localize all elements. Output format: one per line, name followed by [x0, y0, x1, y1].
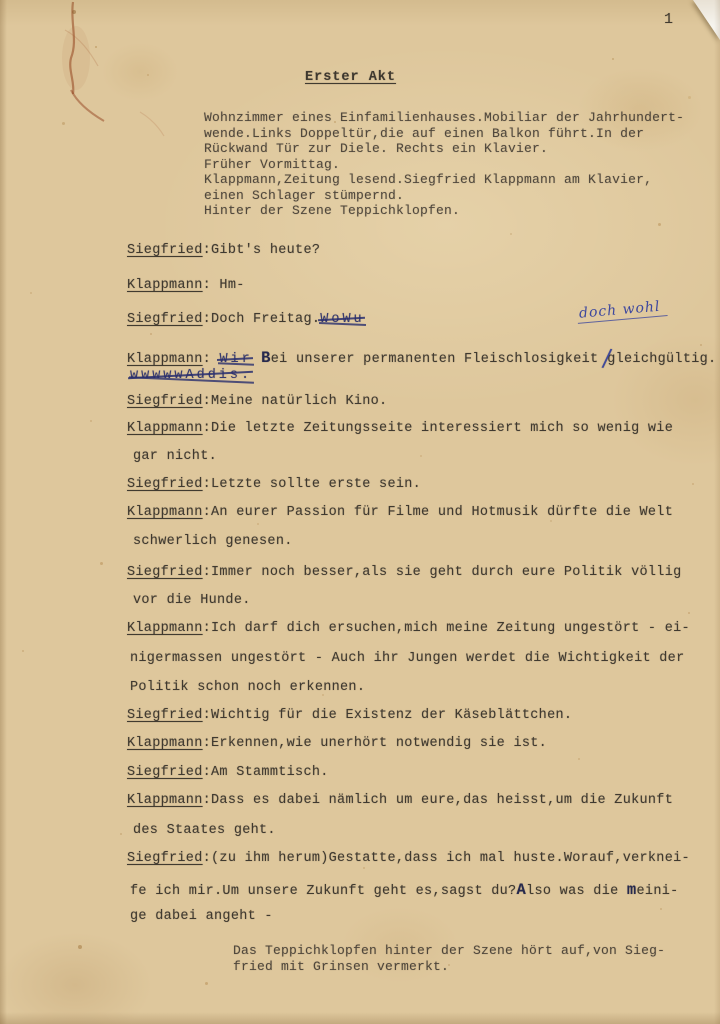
dialogue-text: :Die letzte Zeitungsseite interessiert m… [203, 421, 673, 436]
foxing-spot [612, 58, 614, 60]
dialogue-line: schwerlich genesen. [133, 534, 293, 549]
ink-correction: m [627, 881, 637, 899]
dialogue-line: Klappmann:Die letzte Zeitungsseite inter… [127, 421, 673, 436]
dialogue-line: fe ich mir.Um unsere Zukunft geht es,sag… [130, 881, 679, 899]
foxing-spot [22, 650, 24, 652]
dialogue-text: : Hm- [203, 278, 245, 293]
dialogue-text: :Meine natürlich Kino. [203, 394, 388, 409]
dialogue-text: schwerlich genesen. [133, 534, 293, 549]
dialogue-text: :An eurer Passion für Filme und Hotmusik… [203, 505, 673, 520]
dialogue-line: vor die Hunde. [133, 593, 251, 608]
speaker-name: Klappmann [127, 421, 203, 436]
speaker-name: Siegfried [127, 708, 203, 723]
ink-insert-slash: / [601, 344, 613, 373]
dialogue-text: gleichgültig. [607, 352, 716, 367]
act-title: Erster Akt [305, 70, 396, 85]
speaker-name: Siegfried [127, 394, 203, 409]
foxing-spot [257, 523, 259, 525]
dialogue-text: lso was die [526, 884, 627, 899]
manuscript-page: 1 Erster Akt Wohnzimmer eines Einfamilie… [0, 0, 720, 1024]
dialogue-text: gar nicht. [133, 449, 217, 464]
speaker-name: Siegfried [127, 851, 203, 866]
foxing-spot [510, 233, 512, 235]
dialogue-text: :Doch Freitag. [203, 312, 321, 327]
dialogue-text: :Dass es dabei nämlich um eure,das heiss… [203, 793, 673, 808]
foxing-spot [660, 908, 662, 910]
dialogue-text: nigermassen ungestört - Auch ihr Jungen … [130, 651, 685, 666]
foxing-spot [550, 520, 552, 522]
stage-direction-line: fried mit Grinsen vermerkt. [233, 959, 665, 975]
speaker-name: Siegfried [127, 565, 203, 580]
dialogue-line: Klappmann:Dass es dabei nämlich um eure,… [127, 793, 673, 808]
dialogue-line: Siegfried:Meine natürlich Kino. [127, 394, 387, 409]
dialogue-text: :Letzte sollte erste sein. [203, 477, 421, 492]
foxing-spot [363, 867, 365, 869]
stage-direction-line: Klappmann,Zeitung lesend.Siegfried Klapp… [204, 172, 684, 188]
dialogue-text: :Am Stammtisch. [203, 765, 329, 780]
speaker-name: Siegfried [127, 243, 203, 258]
dialogue-text: ge dabei angeht - [130, 909, 273, 924]
dialogue-line: Klappmann:Erkennen,wie unerhört notwendi… [127, 736, 547, 751]
foxing-spot [578, 758, 580, 760]
dialogue-line: Siegfried:Immer noch besser,als sie geht… [127, 565, 682, 580]
dialogue-text: :Wichtig für die Existenz der Käseblättc… [203, 708, 573, 723]
speaker-name: Klappmann [127, 505, 203, 520]
foxing-spot [147, 74, 149, 76]
dialogue-line: Politik schon noch erkennen. [130, 680, 365, 695]
ink-correction: B [261, 349, 271, 367]
dialogue-line: nigermassen ungestört - Auch ihr Jungen … [130, 651, 685, 666]
foxing-spot [420, 455, 422, 457]
dialogue-text: :Erkennen,wie unerhört notwendig sie ist… [203, 736, 547, 751]
dialogue-line: Klappmann:An eurer Passion für Filme und… [127, 505, 673, 520]
speaker-name: Klappmann [127, 621, 203, 636]
dialogue-text: des Staates geht. [133, 823, 276, 838]
speaker-name: Klappmann [127, 352, 203, 367]
strikeout-text: wwwwwAddis. [130, 368, 252, 383]
dialogue-line: Siegfried:Gibt's heute? [127, 243, 320, 258]
stage-direction-line: Früher Vormittag. [204, 157, 684, 173]
dialogue-text: eini- [637, 884, 679, 899]
dialogue-line: des Staates geht. [133, 823, 276, 838]
foxing-spot [30, 292, 32, 294]
red-ink-scribble [40, 0, 180, 160]
foxing-spot [205, 982, 208, 985]
dialogue-text: :Ich darf dich ersuchen,mich meine Zeitu… [203, 621, 690, 636]
dialogue-line: Siegfried:Wichtig für die Existenz der K… [127, 708, 572, 723]
speaker-name: Siegfried [127, 765, 203, 780]
stage-direction-line: wende.Links Doppeltür,die auf einen Balk… [204, 126, 684, 142]
stage-direction-line: Rückwand Tür zur Diele. Rechts ein Klavi… [204, 141, 684, 157]
dialogue-line: Siegfried:Doch Freitag.WoWu [127, 312, 365, 327]
dialogue-text: fe ich mir.Um unsere Zukunft geht es,sag… [130, 884, 516, 899]
speaker-name: Siegfried [127, 312, 203, 327]
foxing-spot [78, 945, 82, 949]
speaker-name: Klappmann [127, 736, 203, 751]
strikeout-text: WoWu [320, 312, 364, 327]
page-number: 1 [664, 11, 674, 28]
dialogue-text: Politik schon noch erkennen. [130, 680, 365, 695]
dialogue-line: gar nicht. [133, 449, 217, 464]
foxing-spot [688, 612, 690, 614]
dialogue-line: Klappmann:Ich darf dich ersuchen,mich me… [127, 621, 690, 636]
strikeout-text: Wir [219, 352, 252, 367]
dialogue-line: Siegfried:Am Stammtisch. [127, 765, 329, 780]
foxing-spot [90, 420, 92, 422]
dialogue-line: Klappmann: Wir Bei unserer permanenten F… [127, 340, 716, 368]
dialogue-line: Siegfried:Letzte sollte erste sein. [127, 477, 421, 492]
foxing-spot [692, 483, 694, 485]
dialogue-line: Klappmann: Hm- [127, 278, 245, 293]
stage-direction-line: Wohnzimmer eines Einfamilienhauses.Mobil… [204, 110, 684, 126]
foxing-spot [658, 223, 661, 226]
dialogue-text: :Gibt's heute? [203, 243, 321, 258]
corner-fold [693, 0, 720, 40]
stage-direction-line: Hinter der Szene Teppichklopfen. [204, 203, 684, 219]
dialogue-line: ge dabei angeht - [130, 909, 273, 924]
foxing-spot [72, 10, 76, 14]
foxing-spot [62, 122, 65, 125]
handwritten-insertion: doch wohl [576, 298, 667, 324]
dialogue-text: :Immer noch besser,als sie geht durch eu… [203, 565, 682, 580]
dialogue-text: vor die Hunde. [133, 593, 251, 608]
dialogue-line: wwwwwAddis. [130, 368, 252, 383]
foxing-spot [100, 562, 103, 565]
speaker-name: Siegfried [127, 477, 203, 492]
foxing-spot [688, 96, 691, 99]
speaker-name: Klappmann [127, 793, 203, 808]
stage-directions-bottom: Das Teppichklopfen hinter der Szene hört… [233, 943, 665, 974]
foxing-spot [120, 833, 122, 835]
dialogue-text: :(zu ihm herum)Gestatte,dass ich mal hus… [203, 851, 690, 866]
stage-direction-line: Das Teppichklopfen hinter der Szene hört… [233, 943, 665, 959]
speaker-name: Klappmann [127, 278, 203, 293]
ink-correction: A [516, 881, 526, 899]
foxing-spot [95, 46, 97, 48]
stage-directions-top: Wohnzimmer eines Einfamilienhauses.Mobil… [204, 110, 684, 219]
foxing-spot [150, 333, 152, 335]
stage-direction-line: einen Schlager stümpernd. [204, 188, 684, 204]
dialogue-text: ei unserer permanenten Fleischlosigkeit [271, 352, 607, 367]
dialogue-line: Siegfried:(zu ihm herum)Gestatte,dass ic… [127, 851, 690, 866]
